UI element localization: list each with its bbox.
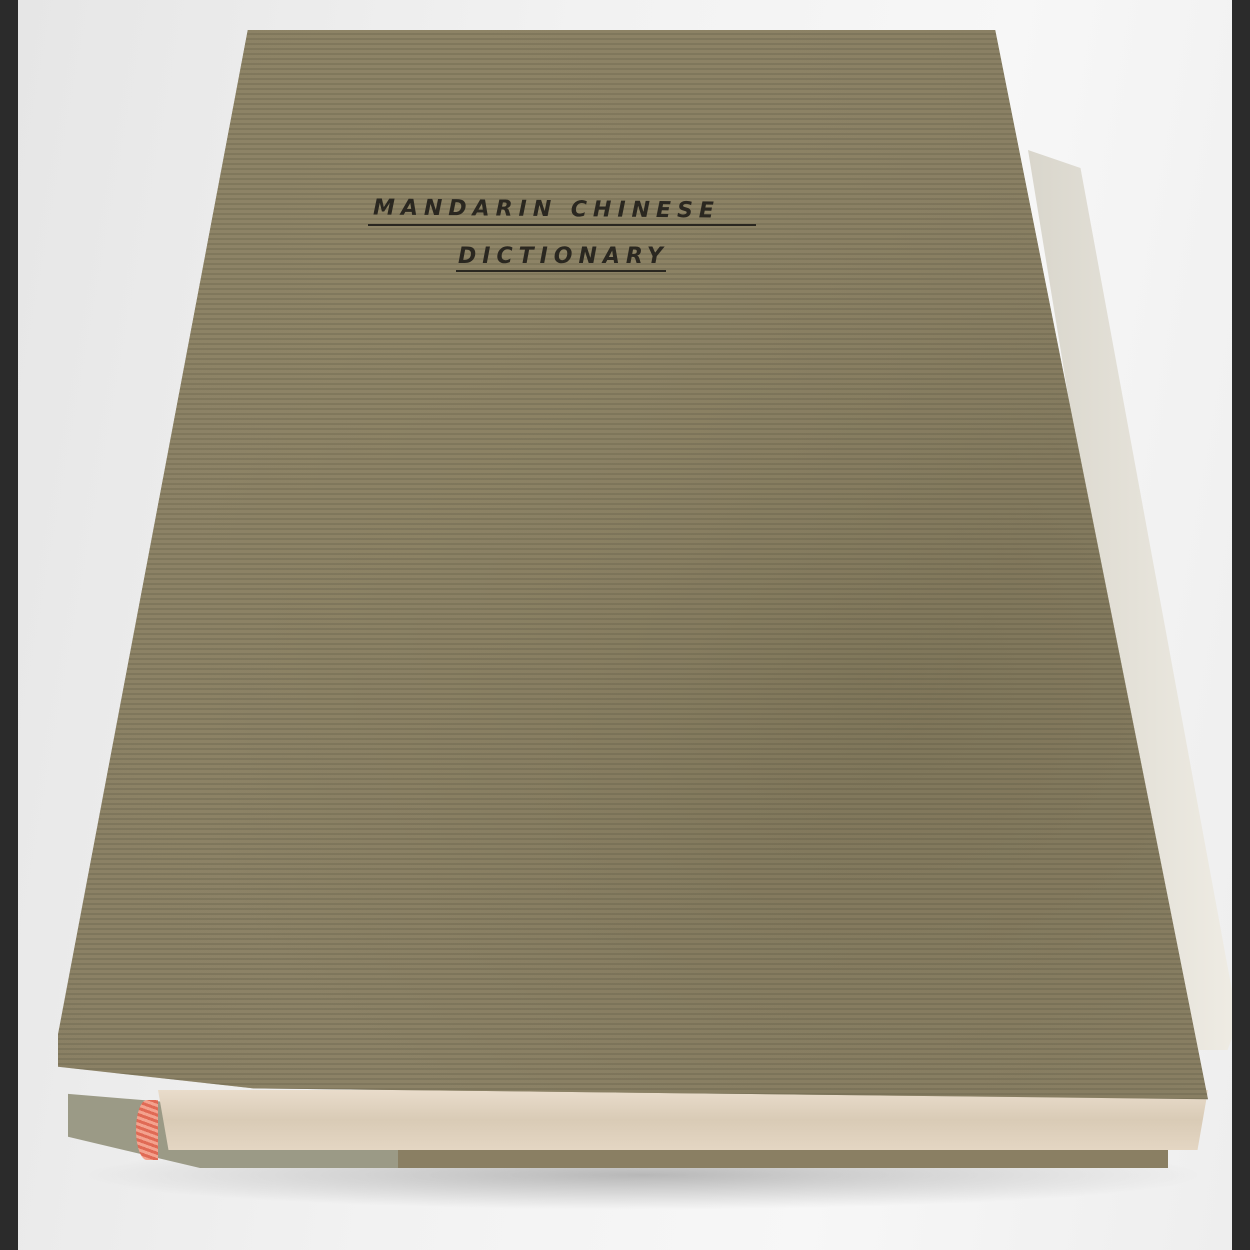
- right-border: [1232, 0, 1250, 1250]
- page-block: [158, 1090, 1208, 1150]
- left-border: [0, 0, 18, 1250]
- cover-title-line2: DICTIONARY: [458, 244, 669, 269]
- title-underline-2: [456, 270, 666, 272]
- title-underline-1: [368, 224, 756, 226]
- headband: [136, 1100, 158, 1160]
- photo: MANDARIN CHINESE DICTIONARY: [18, 0, 1232, 1250]
- cover-title-line1: MANDARIN CHINESE: [373, 195, 720, 223]
